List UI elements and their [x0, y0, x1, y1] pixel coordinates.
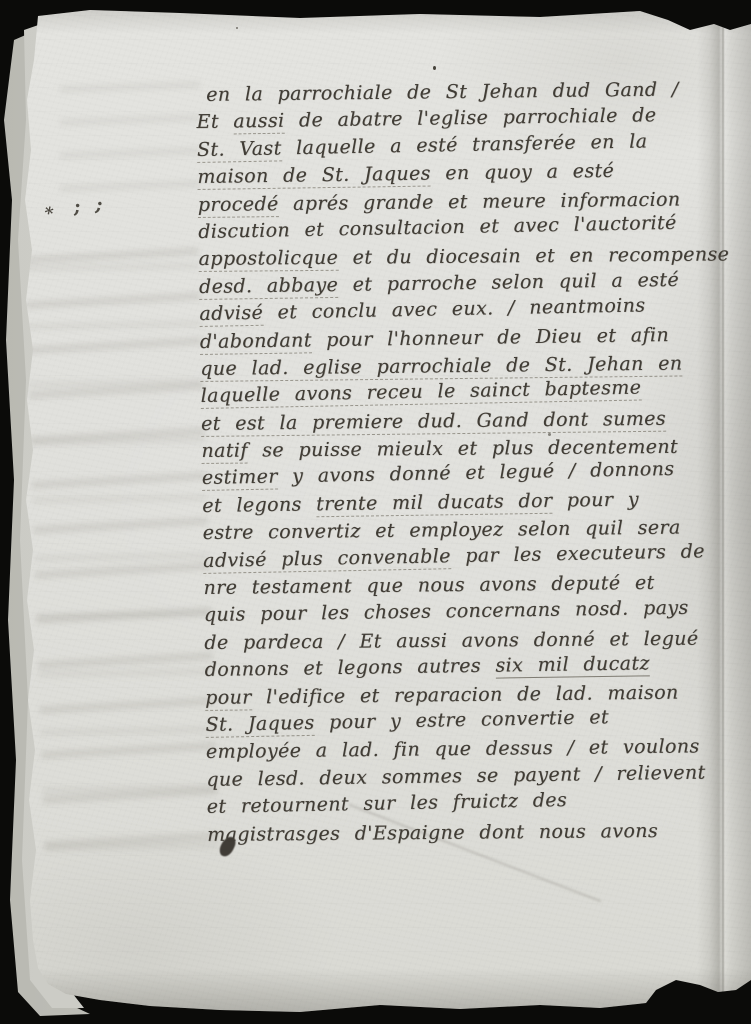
text-line: magistrasges d'Espaigne dont nous avons: [207, 817, 751, 849]
text-run: aussi: [233, 110, 285, 135]
text-run: magistrasges d'Espaigne dont nous avons: [207, 820, 658, 846]
manuscript-text: en la parrochiale de St Jehan dud Gand /…: [196, 74, 751, 849]
text-run: de abatre l'eglise parrochiale de: [284, 105, 656, 133]
margin-mark-asterisk: *: [42, 203, 55, 224]
text-run: donnons et legons autres: [205, 655, 496, 681]
text-run: de pardeca / Et aussi avons donné et leg…: [204, 627, 698, 653]
text-run: natif: [201, 440, 248, 464]
text-run: Et: [196, 111, 233, 134]
text-run: laquelle avons receu le sainct baptesme: [200, 377, 641, 409]
text-run: et est la premiere dud. Gand dont sumes: [201, 407, 666, 436]
text-run: quis pour les choses concernans nosd. pa…: [204, 597, 689, 626]
text-run: trente mil ducats dor: [316, 490, 553, 518]
text-run: maison de St. Jaques: [197, 163, 431, 190]
margin-mark: ;: [73, 196, 82, 219]
text-run: laquelle a esté transferée en la: [281, 130, 647, 159]
text-run: six mil ducatz: [495, 653, 650, 679]
text-run: y avons donné et legué / donnons: [278, 458, 675, 488]
page-top-shadow: [28, 8, 751, 34]
ink-speck: [236, 27, 238, 29]
text-run: estimer: [202, 466, 278, 491]
text-run: en la parrochiale de St Jehan dud Gand /: [206, 78, 679, 105]
text-run: procedé: [198, 193, 279, 218]
text-run: St. Jaques: [205, 712, 315, 738]
margin-mark: ;: [93, 193, 105, 216]
text-run: desd. abbaye: [199, 274, 339, 300]
text-line: appostolicque et du diocesain et en reco…: [199, 242, 744, 274]
gutter-top-shadow: [661, 0, 751, 46]
text-run: St. Vast: [197, 137, 282, 163]
text-run: et conclu avec eux. / neantmoins: [263, 295, 646, 324]
text-run: appostolicque: [199, 247, 339, 272]
text-line: de pardeca / Et aussi avons donné et leg…: [204, 625, 749, 657]
text-run: et parroche selon quil a esté: [338, 269, 679, 296]
text-run: en quoy a esté: [431, 160, 615, 185]
text-run: et legons: [202, 493, 316, 517]
text-run: et retournent sur les fruictz des: [207, 789, 568, 818]
text-run: advisé plus convenable: [203, 545, 451, 574]
text-run: pour: [205, 686, 252, 711]
text-run: par les executeurs de: [451, 540, 705, 567]
text-run: pour l'honneur de Dieu et afin: [312, 324, 670, 351]
verso-show-through-top: [60, 60, 200, 200]
text-run: pour y estre convertie et: [314, 706, 609, 734]
text-run: et du diocesain et en recompense: [338, 244, 729, 269]
verso-show-through: [23, 222, 221, 878]
text-run: advisé: [199, 302, 263, 327]
photograph-background: * ; ; en la parrochiale de St Jehan dud …: [0, 0, 751, 1024]
text-run: d'abondant: [200, 329, 312, 355]
ink-speck: [433, 66, 436, 70]
page-bottom-shadow: [30, 968, 751, 1014]
margin-marks: * ; ;: [44, 196, 114, 244]
text-run: nre testament que nous avons deputé et: [203, 572, 654, 599]
manuscript-page: * ; ; en la parrochiale de St Jehan dud …: [0, 0, 751, 1024]
text-run: employée a lad. fin que dessus / et voul…: [206, 736, 700, 764]
text-run: pour y: [552, 488, 639, 511]
